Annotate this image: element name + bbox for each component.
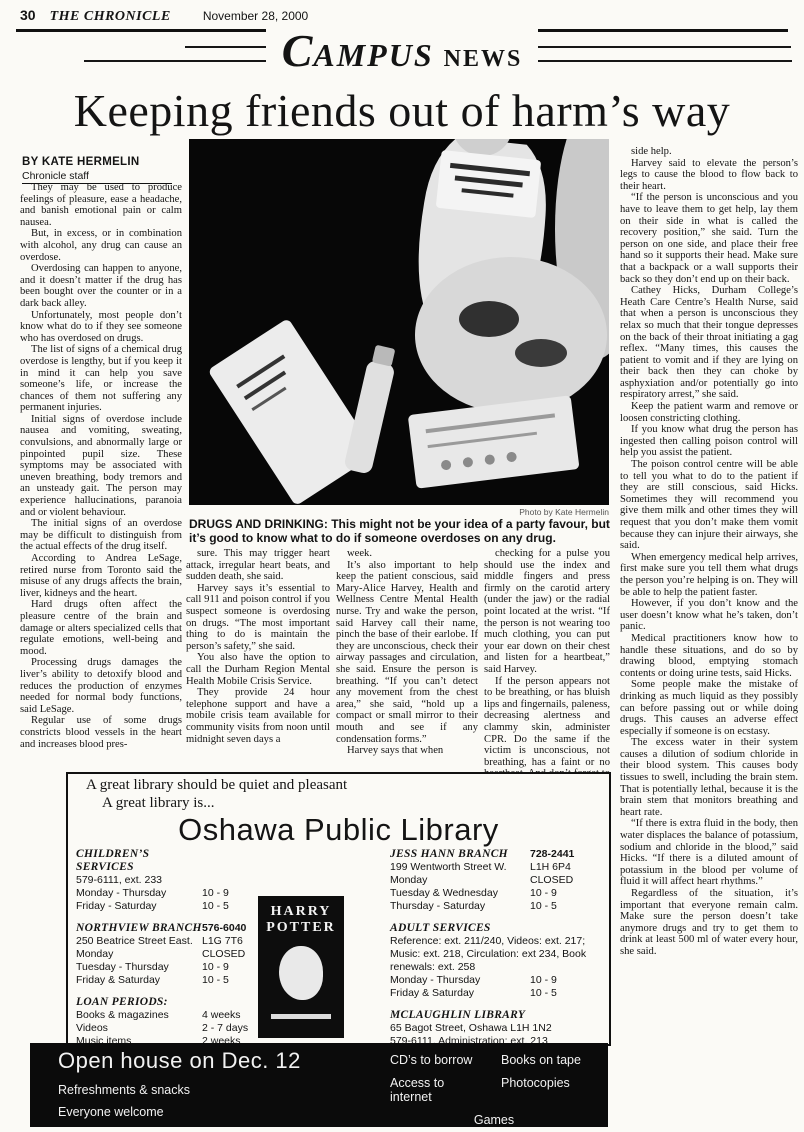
ad-section-title: CHILDREN’S SERVICES <box>76 848 202 874</box>
library-services-list: CD’s to borrow Books on tape Access to i… <box>390 1053 598 1127</box>
paragraph: Initial signs of overdose include nausea… <box>20 414 182 518</box>
article-photo <box>189 139 609 505</box>
harry-potter-book-cover: HARRY POTTER <box>258 896 344 1038</box>
paragraph: Regardless of the situation, it’s import… <box>620 888 798 958</box>
ad-row: MondayCLOSED <box>390 874 602 887</box>
photo-caption: DRUGS AND DRINKING: This might not be yo… <box>189 517 617 545</box>
book-cover-art <box>279 946 323 1000</box>
ad-section-title: MCLAUGHLIN LIBRARY <box>390 1009 530 1022</box>
paragraph: Keep the patient warm and remove or loos… <box>620 401 798 424</box>
ad-section-jess-hann-branch: JESS HANN BRANCH 728-2441 199 Wentworth … <box>390 848 602 913</box>
service-item: Access to internet <box>390 1076 487 1104</box>
paragraph: The excess water in their system causes … <box>620 737 798 818</box>
paragraph: Unfortunately, most people don’t know wh… <box>20 310 182 345</box>
paragraph: “If there is extra fluid in the body, th… <box>620 818 798 888</box>
article-column-5: side help.Harvey said to elevate the per… <box>620 146 798 1074</box>
ad-footer-bar: Open house on Dec. 12 Refreshments & sna… <box>30 1043 608 1127</box>
library-name: Oshawa Public Library <box>68 812 609 848</box>
paragraph: But, in excess, or in combination with a… <box>20 228 182 263</box>
paragraph: According to Andrea LeSage, retired nurs… <box>20 553 182 599</box>
bottle-bulb-shape <box>415 257 607 413</box>
section-banner-word: AMPUS <box>313 37 433 73</box>
paragraph: sure. This may trigger heart attack, irr… <box>186 548 330 583</box>
ad-row: Monday - Thursday10 - 9 <box>390 974 602 987</box>
ad-section-title: ADULT SERVICES <box>390 922 530 935</box>
paragraph: Regular use of some drugs constricts blo… <box>20 715 182 750</box>
ad-section-phone: 576-6040 <box>202 922 246 935</box>
book-cover-author-strip <box>271 1014 331 1019</box>
ad-row: 199 Wentworth Street W.L1H 6P4 <box>390 861 602 874</box>
masthead: 30 THE CHRONICLE November 28, 2000 <box>20 7 790 25</box>
open-house-headline: Open house on Dec. 12 <box>58 1048 301 1074</box>
paragraph: It’s also important to help keep the pat… <box>336 560 478 746</box>
paragraph: If you know what drug the person has ing… <box>620 424 798 459</box>
paragraph: checking for a pulse you should use the … <box>484 548 610 676</box>
paragraph: Harvey says it’s essential to call 911 a… <box>186 583 330 653</box>
paragraph: 65 Bagot Street, Oshawa L1H 1N2 <box>390 1022 602 1035</box>
paragraph: You also have the option to call the Dur… <box>186 652 330 687</box>
article-headline: Keeping friends out of harm’s way <box>0 84 804 137</box>
paragraph: Hard drugs often affect the pleasure cen… <box>20 599 182 657</box>
photo-credit: Photo by Kate Hermelin <box>409 507 609 517</box>
paragraph: Medical practitioners know how to handle… <box>620 633 798 679</box>
ad-tagline-line1: A great library should be quiet and plea… <box>86 777 347 794</box>
article-column-3: week.It’s also important to help keep th… <box>336 548 478 796</box>
bottle-glass-shading <box>459 301 519 337</box>
paragraph: The poison control centre will be able t… <box>620 459 798 552</box>
article-column-4: checking for a pulse you should use the … <box>484 548 610 796</box>
book-title-line1: HARRY <box>258 904 344 920</box>
ad-section-title: NORTHVIEW BRANCH <box>76 922 202 935</box>
issue-date: November 28, 2000 <box>203 9 308 23</box>
ad-row: Friday & Saturday10 - 5 <box>390 987 602 1000</box>
paragraph: However, if you don’t know and the user … <box>620 598 798 633</box>
open-house-detail-1: Refreshments & snacks <box>58 1083 190 1097</box>
ad-row: Thursday - Saturday10 - 5 <box>390 900 602 913</box>
paragraph: When emergency medical help arrives, fir… <box>620 552 798 598</box>
bottle-glass-shading-2 <box>515 339 567 367</box>
paragraph: “If the person is unconscious and you ha… <box>620 192 798 285</box>
paragraph: They provide 24 hour telephone support a… <box>186 687 330 745</box>
ad-section-adult-services: ADULT SERVICES Reference: ext. 211/240, … <box>390 922 602 1000</box>
paragraph: Harvey said to elevate the person’s legs… <box>620 158 798 193</box>
ad-section-phone: 579-6111, ext. 233 <box>76 874 316 887</box>
paragraph: Overdosing can happen to anyone, and it … <box>20 263 182 309</box>
page-number: 30 <box>20 7 36 23</box>
byline: BY KATE HERMELIN Chronicle staff <box>22 152 182 184</box>
service-item: Photocopies <box>501 1076 598 1104</box>
paragraph: week. <box>336 548 478 560</box>
paragraph: The list of signs of a chemical drug ove… <box>20 344 182 414</box>
ad-row: Tuesday & Wednesday10 - 9 <box>390 887 602 900</box>
paragraph: side help. <box>620 146 798 158</box>
section-banner-sub: NEWS <box>444 46 523 72</box>
section-banner: CAMPUSNEWS <box>0 24 804 77</box>
paragraph: Processing drugs damages the liver’s abi… <box>20 657 182 715</box>
service-item: Books on tape <box>501 1053 598 1067</box>
byline-author: BY KATE HERMELIN <box>22 156 139 168</box>
ad-section-phone: 728-2441 <box>530 848 574 861</box>
ad-tagline-line2: A great library is... <box>102 795 214 812</box>
service-item: Games <box>390 1113 598 1127</box>
paragraph: Cathey Hicks, Durham College’s Heath Car… <box>620 285 798 401</box>
paragraph: They may be used to produce feelings of … <box>20 182 182 228</box>
paragraph: Some people make the mistake of drinking… <box>620 679 798 737</box>
article-column-1: They may be used to produce feelings of … <box>20 182 182 786</box>
section-banner-initial: C <box>282 25 314 76</box>
paragraph: The initial signs of an overdose may be … <box>20 518 182 553</box>
paper-name: THE CHRONICLE <box>50 9 171 25</box>
paragraph: Harvey says that when <box>336 745 478 757</box>
article-column-2: sure. This may trigger heart attack, irr… <box>186 548 330 796</box>
ad-section-title: LOAN PERIODS: <box>76 996 202 1009</box>
open-house-detail-2: Everyone welcome <box>58 1105 164 1119</box>
service-item: CD’s to borrow <box>390 1053 487 1067</box>
ad-right-column: JESS HANN BRANCH 728-2441 199 Wentworth … <box>390 848 602 1057</box>
library-advertisement: A great library should be quiet and plea… <box>66 772 611 1046</box>
book-title-line2: POTTER <box>258 920 344 936</box>
ad-section-note: Reference: ext. 211/240, Videos: ext. 21… <box>390 935 602 974</box>
ad-section-title: JESS HANN BRANCH <box>390 848 530 861</box>
